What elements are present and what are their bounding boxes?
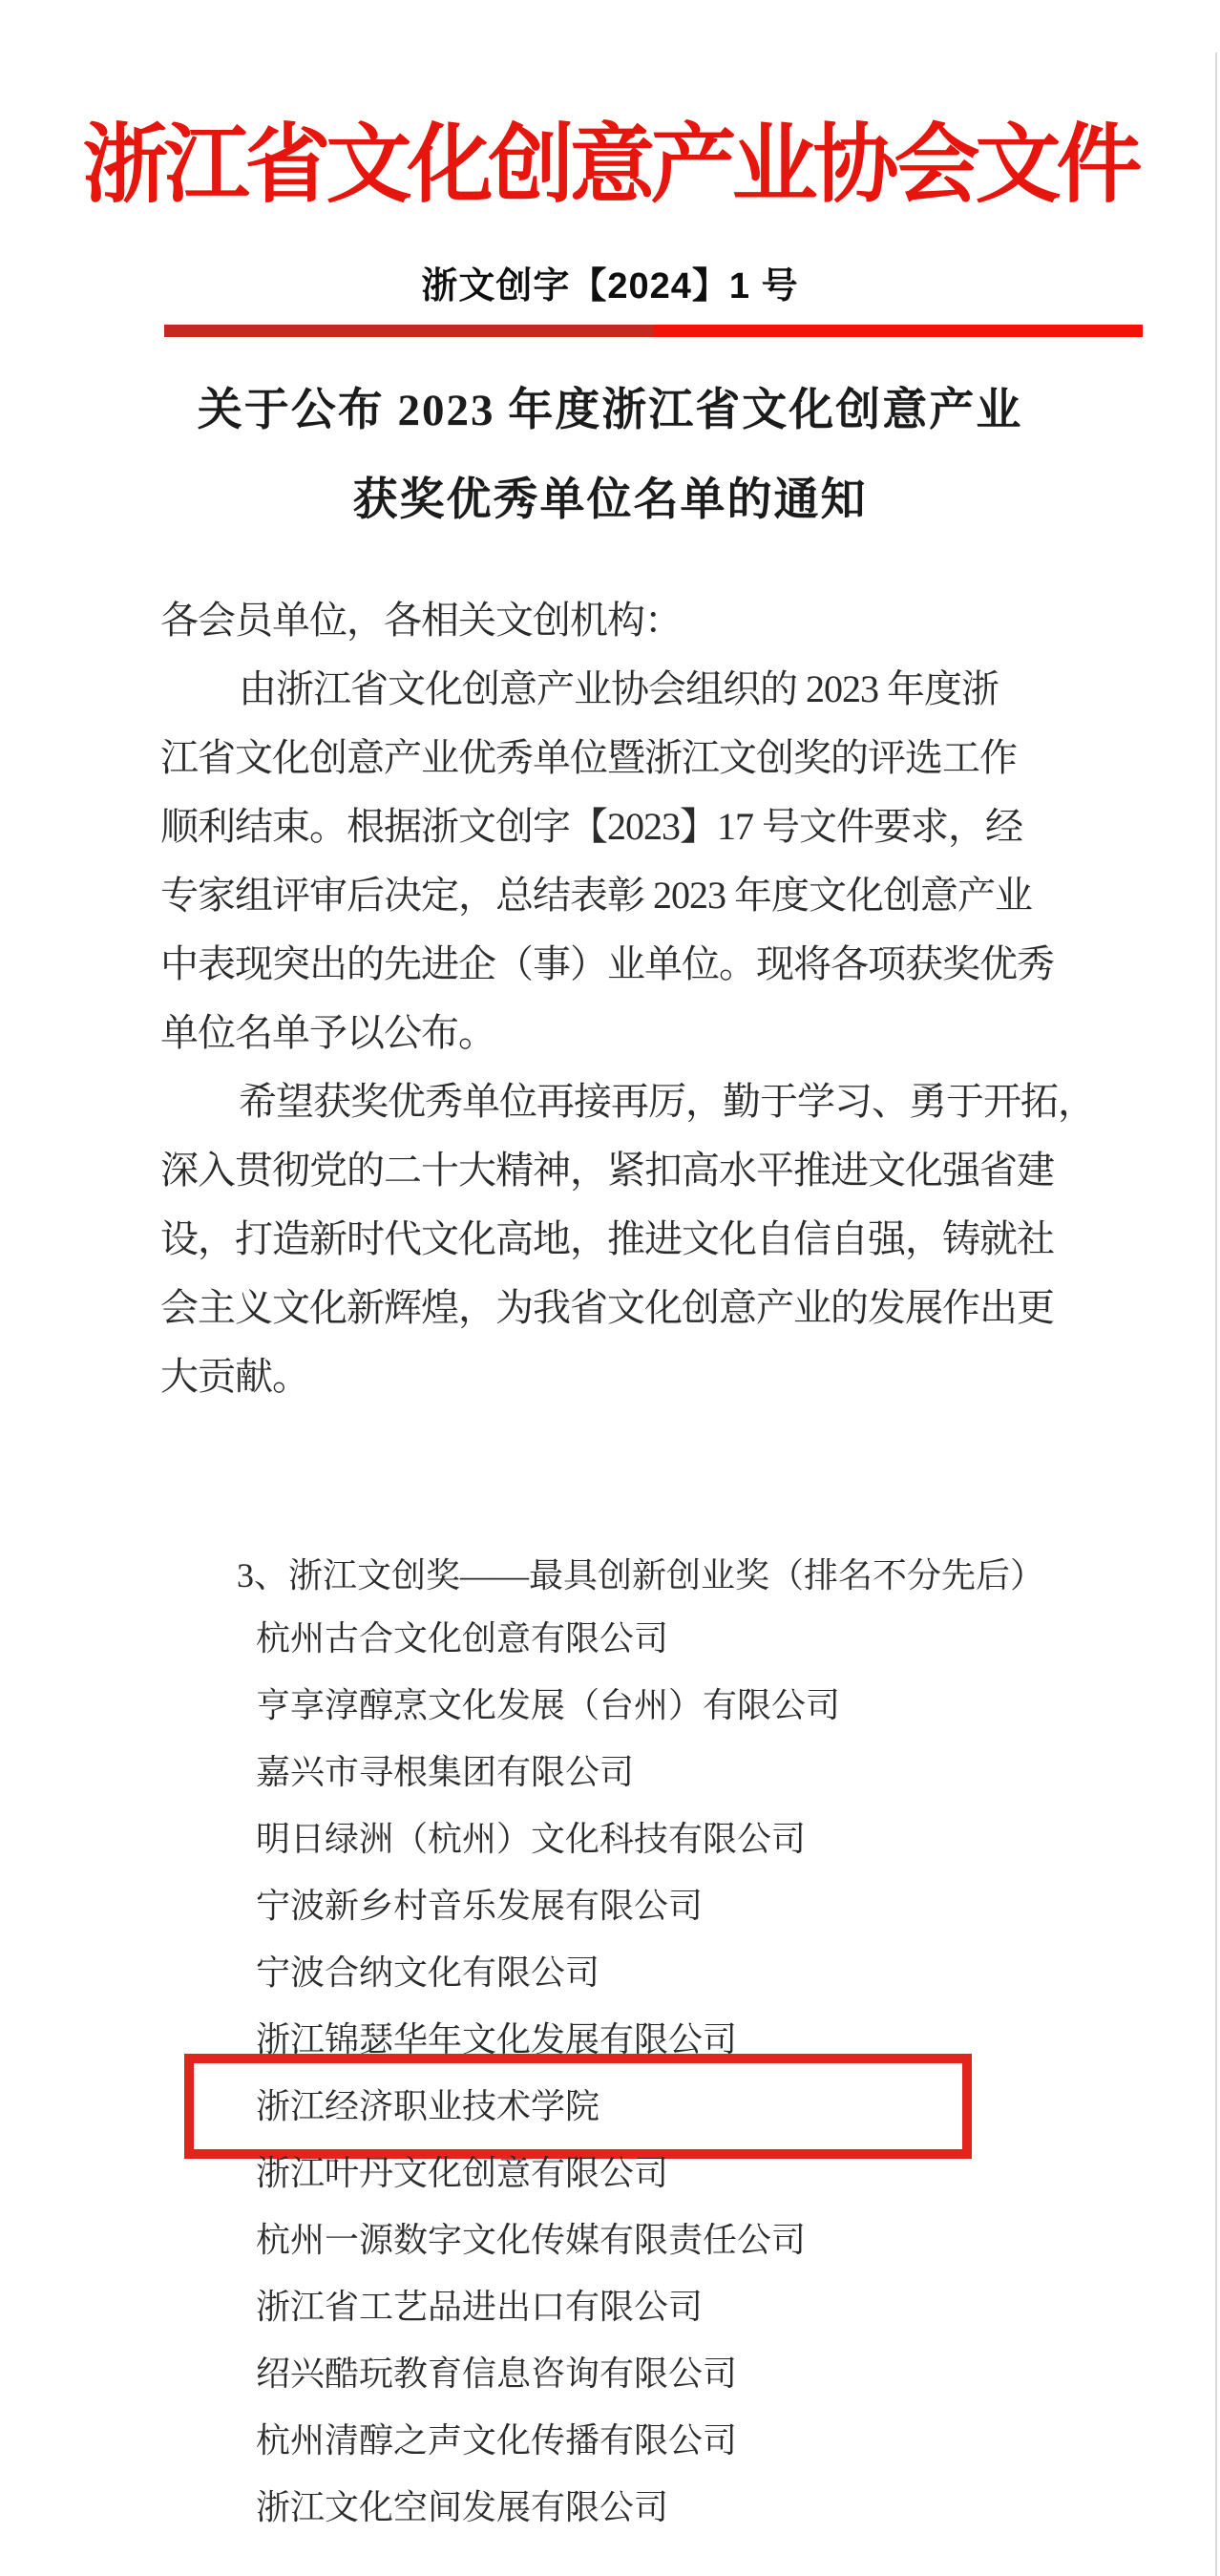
list-item-text: 杭州古合文化创意有限公司 [256, 1619, 668, 1658]
list-item-text: 嘉兴市寻根集团有限公司 [256, 1753, 634, 1791]
award-list: 杭州古合文化创意有限公司亨享淳醇烹文化发展（台州）有限公司嘉兴市寻根集团有限公司… [256, 1605, 1048, 2541]
document-header-title: 浙江省文化创意产业协会文件 [0, 118, 1220, 213]
body-line: 专家组评审后决定，总结表彰 2023 年度文化创意产业 [160, 861, 1067, 930]
document-page: 浙江省文化创意产业协会文件 浙文创字【2024】1 号 关于公布 2023 年度… [0, 0, 1220, 2576]
list-item-text: 浙江锦瑟华年文化发展有限公司 [256, 2020, 737, 2059]
list-item: 浙江锦瑟华年文化发展有限公司 [256, 2006, 1048, 2073]
body-line: 顺利结束。根据浙文创字【2023】17 号文件要求，经 [160, 792, 1067, 861]
document-number: 浙文创字【2024】1 号 [0, 256, 1220, 308]
body-line: 设，打造新时代文化高地，推进文化自信自强，铸就社 [160, 1205, 1067, 1274]
list-item-text: 亨享淳醇烹文化发展（台州）有限公司 [256, 1686, 840, 1724]
list-item: 宁波新乡村音乐发展有限公司 [256, 1872, 1048, 1939]
scan-edge-line [1215, 53, 1217, 2576]
body-line: 会主义文化新辉煌，为我省文化创意产业的发展作出更 [160, 1274, 1067, 1342]
list-item-text: 杭州一源数字文化传媒有限责任公司 [256, 2221, 806, 2259]
body-line: 单位名单予以公布。 [160, 999, 1067, 1067]
list-item: 明日绿洲（杭州）文化科技有限公司 [256, 1805, 1048, 1872]
document-title-line1: 关于公布 2023 年度浙江省文化创意产业 [0, 374, 1220, 438]
list-item: 杭州清醇之声文化传播有限公司 [256, 2407, 1048, 2474]
body-line: 希望获奖优秀单位再接再厉，勤于学习、勇于开拓， [160, 1067, 1067, 1136]
document-title-line2: 获奖优秀单位名单的通知 [0, 464, 1220, 528]
list-item: 宁波合纳文化有限公司 [256, 1939, 1048, 2006]
list-item: 亨享淳醇烹文化发展（台州）有限公司 [256, 1672, 1048, 1739]
list-item-text: 宁波合纳文化有限公司 [256, 1953, 599, 1992]
body-line: 深入贯彻党的二十大精神，紧扣高水平推进文化强省建 [160, 1136, 1067, 1205]
list-item: 杭州一源数字文化传媒有限责任公司 [256, 2206, 1048, 2273]
list-item-text: 绍兴酷玩教育信息咨询有限公司 [256, 2354, 737, 2393]
body-line: 江省文化创意产业优秀单位暨浙江文创奖的评选工作 [160, 724, 1067, 792]
list-item-text: 杭州清醇之声文化传播有限公司 [256, 2421, 737, 2460]
list-item-text: 宁波新乡村音乐发展有限公司 [256, 1887, 703, 1925]
award-section-header: 3、浙江文创奖——最具创新创业奖（排名不分先后） [237, 1549, 1044, 1602]
list-item-text: 浙江叶丹文化创意有限公司 [256, 2154, 668, 2192]
header-separator-line [164, 325, 1143, 337]
body-text: 各会员单位，各相关文创机构：由浙江省文化创意产业协会组织的 2023 年度浙江省… [160, 586, 1067, 1411]
list-item: 浙江省工艺品进出口有限公司 [256, 2273, 1048, 2340]
list-item-text: 浙江经济职业技术学院 [256, 2087, 599, 2125]
list-item: 绍兴酷玩教育信息咨询有限公司 [256, 2340, 1048, 2407]
body-line: 中表现突出的先进企（事）业单位。现将各项获奖优秀 [160, 930, 1067, 999]
list-item-highlighted: 浙江经济职业技术学院 [256, 2073, 1048, 2140]
list-item-text: 浙江省工艺品进出口有限公司 [256, 2288, 703, 2326]
list-item: 浙江文化空间发展有限公司 [256, 2474, 1048, 2541]
body-line: 大贡献。 [160, 1342, 1067, 1411]
list-item: 杭州古合文化创意有限公司 [256, 1605, 1048, 1672]
body-line: 由浙江省文化创意产业协会组织的 2023 年度浙 [160, 655, 1067, 724]
list-item-text: 浙江文化空间发展有限公司 [256, 2488, 668, 2526]
list-item: 浙江叶丹文化创意有限公司 [256, 2140, 1048, 2206]
list-item: 嘉兴市寻根集团有限公司 [256, 1739, 1048, 1805]
body-line: 各会员单位，各相关文创机构： [160, 586, 1067, 655]
list-item-text: 明日绿洲（杭州）文化科技有限公司 [256, 1820, 806, 1858]
